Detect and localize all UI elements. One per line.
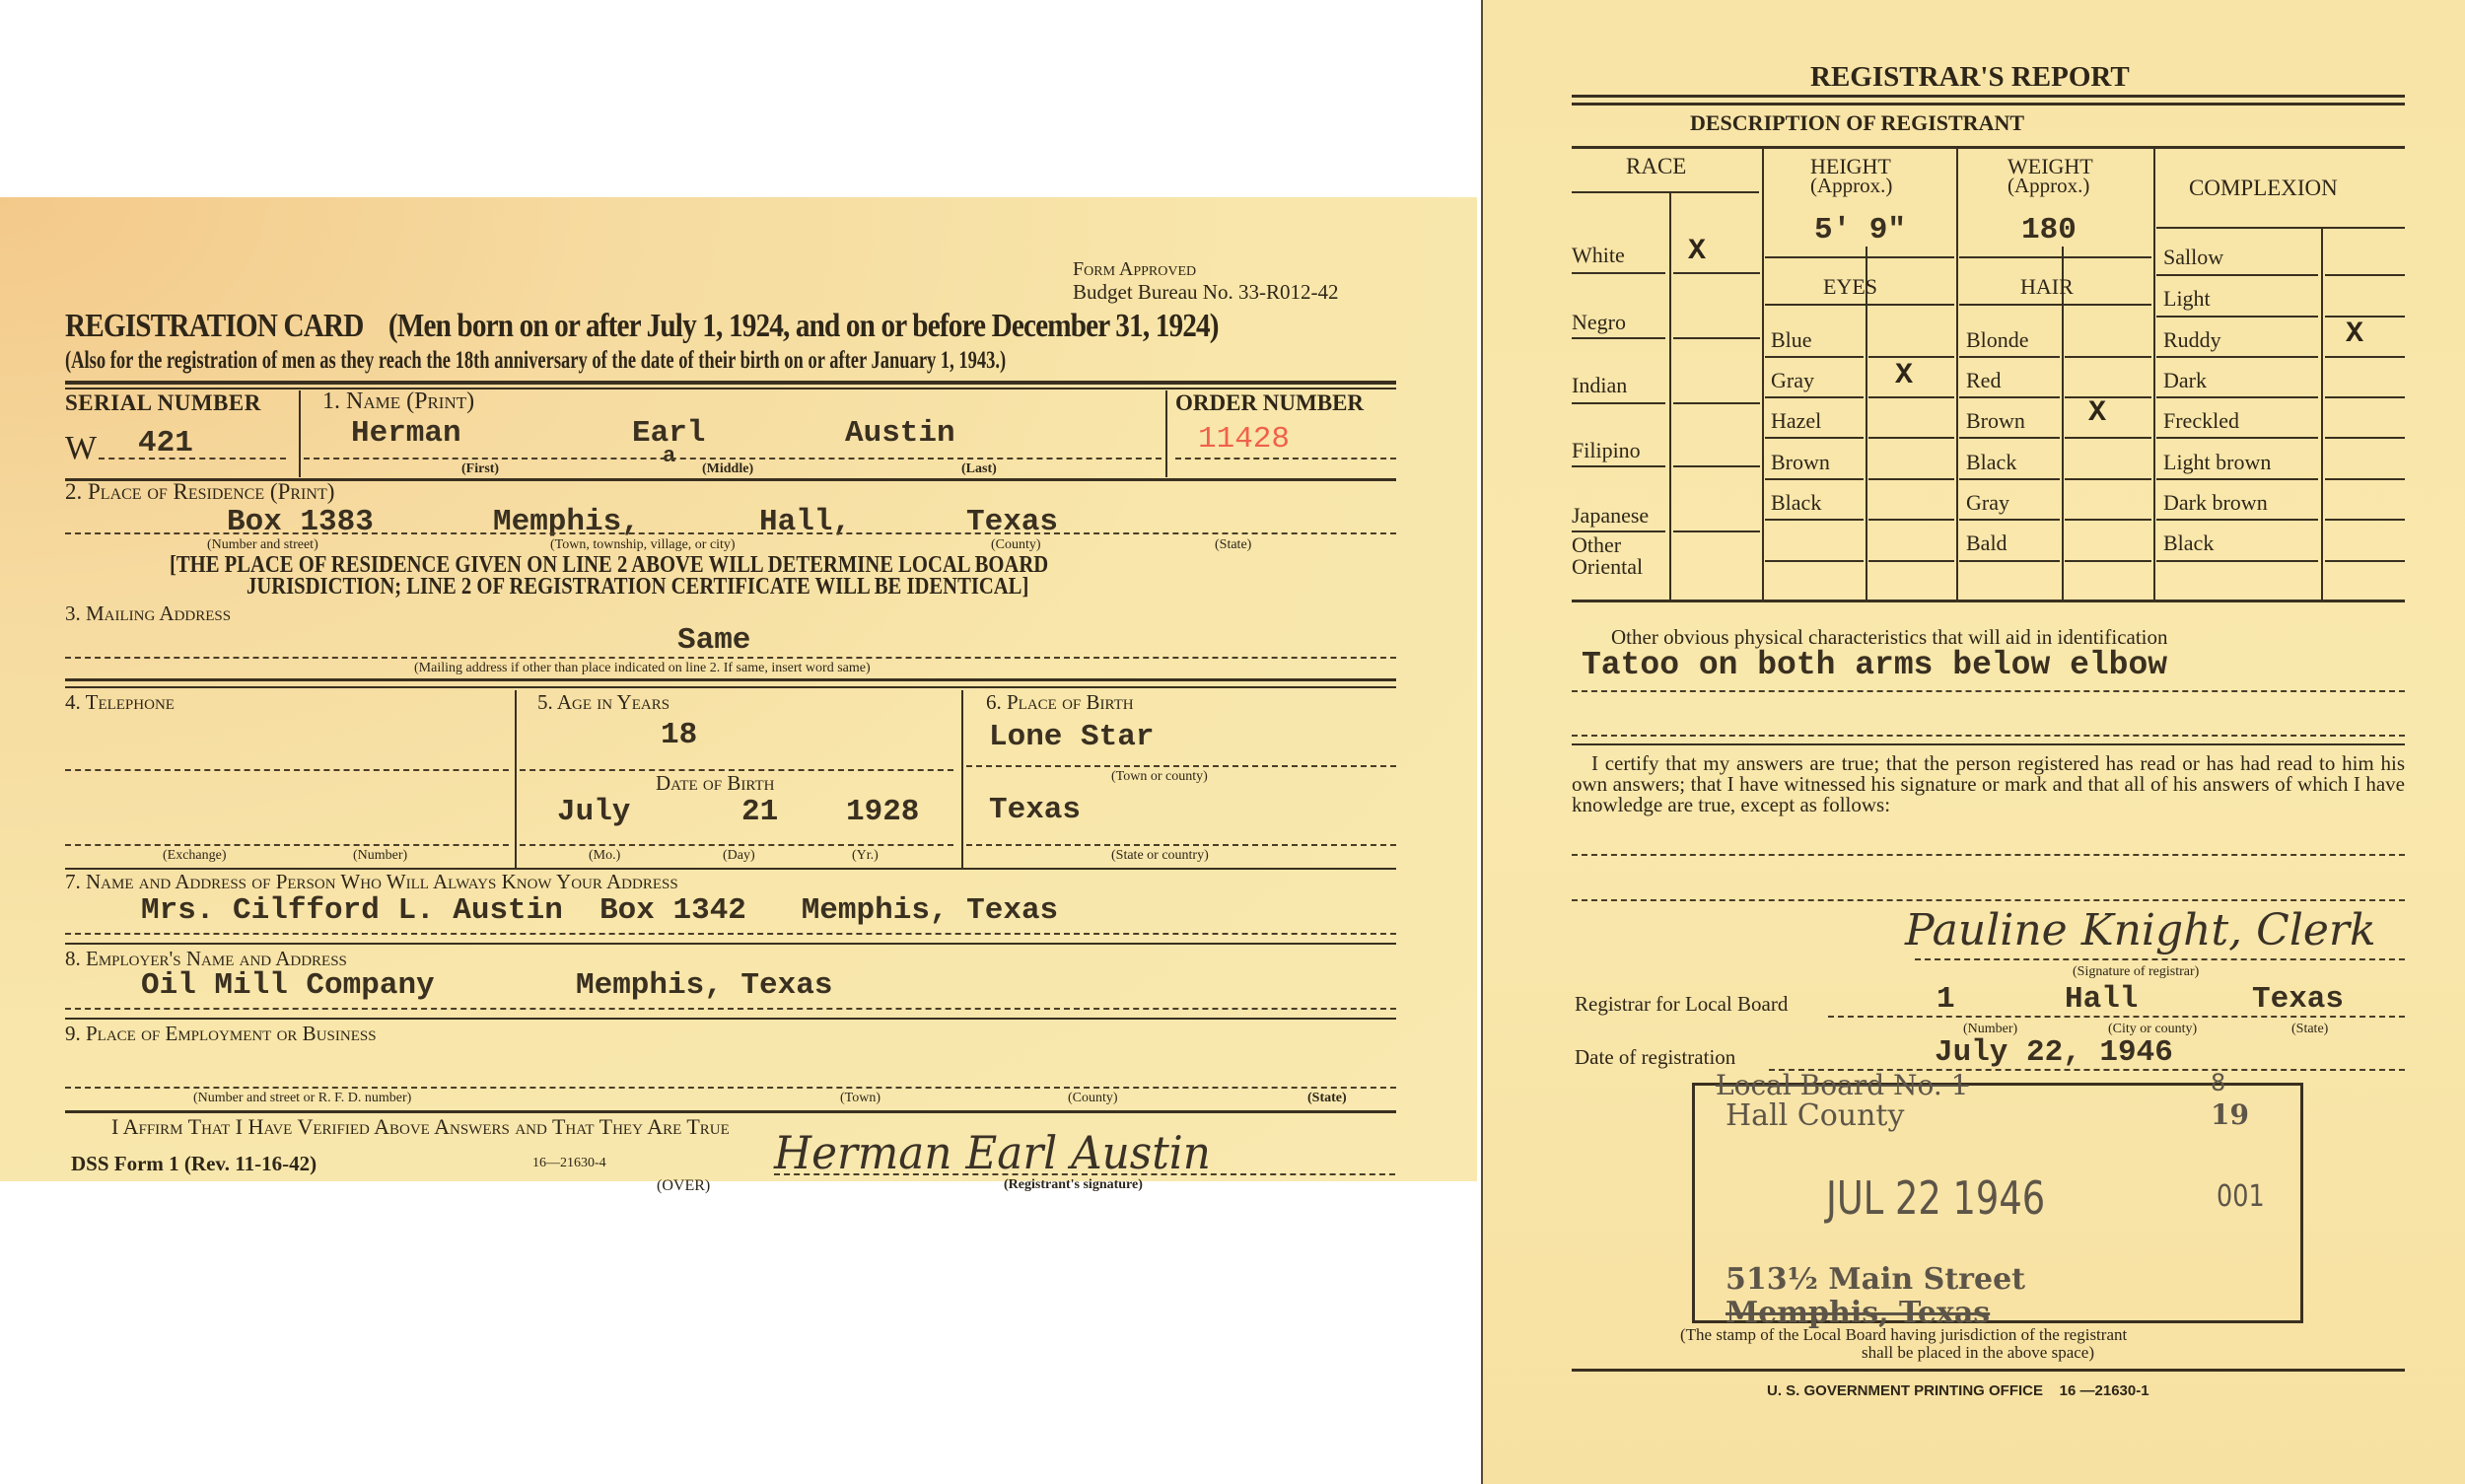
registration-card: Form Approved Budget Bureau No. 33-R012-… [0,197,1477,1181]
local-board-underline [1828,1016,2405,1018]
card-subtitle: (Also for the registration of men as the… [65,347,1006,375]
employment-town-caption: (Town) [840,1091,880,1106]
employer-name[interactable]: Oil Mill Company [141,968,435,1003]
divider [1673,530,1760,532]
stamp-county: Hall County [1725,1098,1904,1133]
divider [1572,191,1759,193]
telephone-underline [65,769,509,771]
serial-number-label: SERIAL NUMBER [65,390,261,416]
age-value[interactable]: 18 [661,718,697,752]
divider [2065,519,2151,521]
contact-value[interactable]: Mrs. Cilfford L. Austin Box 1342 Memphis… [141,893,1058,928]
divider [1572,600,2405,602]
serial-underline [99,458,286,459]
race-label: White [1572,243,1625,268]
divider [65,1018,1396,1020]
grid-line [2153,148,2155,601]
divider [1868,396,1954,398]
employment-street-caption: (Number and street or R. F. D. number) [193,1091,411,1106]
divider [2325,274,2405,276]
divider [1572,95,2405,98]
serial-number-value[interactable]: 421 [138,426,193,460]
race-label: Japanese [1572,503,1649,529]
divider [1765,478,1864,480]
registrant-signature[interactable]: Herman Earl Austin [774,1126,1211,1179]
employment-place-field[interactable] [65,1087,1396,1089]
telephone-underline [65,844,509,846]
column-divider [1165,390,1167,477]
divider [1959,304,2151,306]
stamp-board-number-right: 8 [2211,1069,2225,1096]
column-divider [299,390,301,477]
registrar-signature-caption: (Signature of registrar) [2073,964,2199,980]
eye-label: Black [1771,490,1821,516]
race-label: Filipino [1572,438,1641,463]
dss-form-id: DSS Form 1 (Rev. 11-16-42) [71,1152,317,1176]
eye-label: Hazel [1771,408,1821,434]
hair-label: Brown [1966,408,2025,434]
hair-label: Red [1966,368,2001,393]
divider [2325,356,2405,358]
divider [2065,560,2151,562]
divider [2065,356,2151,358]
certification-text: I certify that my answers are true; that… [1572,753,2405,815]
birthplace-underline [966,765,1396,767]
divider [65,388,1396,389]
divider [1673,465,1760,467]
divider [1572,743,2405,745]
registrar-signature[interactable]: Pauline Knight, Clerk [1905,905,2376,955]
order-underline [1175,458,1396,459]
birthplace-underline [966,844,1396,846]
hair-checkbox[interactable]: X [2088,396,2106,430]
grid-line [1762,148,1764,601]
complexion-label: Sallow [2163,245,2223,270]
birthplace-state-caption: (State or country) [1111,848,1209,864]
divider [1868,356,1954,358]
card-title-scope: (Men born on or after July 1, 1924, and … [388,308,1219,344]
divider [1765,519,1864,521]
complexion-label: Freckled [2163,408,2239,434]
year-caption: (Yr.) [852,848,879,864]
registrar-report-card: REGISTRAR'S REPORT DESCRIPTION OF REGIST… [1481,0,2465,1484]
complexion-label: Light brown [2163,450,2271,475]
stamp-address-street: 513½ Main Street [1725,1262,2025,1297]
eye-label: Brown [1771,450,1830,475]
dob-day[interactable]: 21 [741,795,778,829]
hair-label: Bald [1966,530,2007,556]
divider [2156,396,2318,398]
complexion-label: Dark brown [2163,490,2268,516]
birthplace-state[interactable]: Texas [989,793,1081,827]
serial-prefix: W [65,430,97,467]
hair-label: Black [1966,450,2016,475]
divider [2325,560,2405,562]
name-label: 1. Name (Print) [322,389,474,415]
divider [1765,396,1864,398]
race-label: Indian [1572,373,1627,398]
dob-label: Date of Birth [656,771,774,796]
divider [1959,396,2060,398]
divider [1572,103,2405,106]
month-caption: (Mo.) [589,848,620,864]
street-caption: (Number and street) [207,537,318,553]
employer-address[interactable]: Memphis, Texas [576,968,832,1003]
divider [65,1110,1396,1113]
column-divider [515,690,517,868]
divider [1868,560,1954,562]
divider [1868,519,1954,521]
affirmation-text: I Affirm That I Have Verified Above Answ… [111,1114,730,1140]
divider [1572,1369,2405,1372]
race-checkbox[interactable]: X [1688,235,1706,268]
first-name-value[interactable]: Herman [351,416,461,451]
residence-underline [65,532,1396,534]
employer-underline [65,1008,1396,1010]
divider [1959,560,2060,562]
divider [2156,478,2318,480]
last-name-value[interactable]: Austin [845,416,955,451]
divider [1572,337,1665,339]
divider [2325,478,2405,480]
report-title: REGISTRAR'S REPORT [1810,61,2130,94]
age-label: 5. Age in Years [537,690,669,715]
race-header: RACE [1626,154,1686,179]
divider [2325,519,2405,521]
divider [1959,356,2060,358]
birthplace-town[interactable]: Lone Star [989,720,1154,754]
hair-label: Blonde [1966,327,2029,353]
complexion-label: Dark [2163,368,2207,393]
divider [1765,437,1864,439]
divider [1673,402,1760,404]
divider [1572,402,1665,404]
divider [1765,560,1864,562]
employment-place-label: 9. Place of Employment or Business [65,1022,377,1046]
state-caption: (State) [2291,1022,2328,1037]
telephone-label: 4. Telephone [65,690,175,715]
date-of-registration-label: Date of registration [1575,1045,1735,1070]
race-label: Other Oriental [1572,534,1665,578]
grid-line [1866,247,1867,601]
middle-name-correction: a [663,444,675,468]
divider [2156,316,2318,318]
divider [2325,437,2405,439]
state-caption: (State) [1215,537,1251,553]
weight-value[interactable]: 180 [2021,213,2077,247]
exceptions-line [1572,854,2405,856]
complexion-checkbox[interactable]: X [2346,318,2363,351]
registrar-signature-line [1915,958,2405,960]
local-board-number[interactable]: 1 [1937,982,1955,1017]
divider [2156,560,2318,562]
divider [2065,437,2151,439]
mailing-value[interactable]: Same [677,623,750,658]
local-board-label: Registrar for Local Board [1575,992,1788,1017]
divider [2156,437,2318,439]
divider [65,943,1396,945]
grid-line [2321,229,2323,601]
description-grid: RACE HEIGHT (Approx.) 5' 9" WEIGHT (Appr… [1572,148,2405,601]
middle-caption: (Middle) [702,461,753,477]
stamp-county-right: 19 [2211,1098,2249,1131]
eye-label: Blue [1771,327,1812,353]
hair-label: Gray [1966,490,2009,516]
over-note: (OVER) [657,1177,710,1195]
contact-underline [65,933,1396,935]
eye-label: Gray [1771,368,1814,393]
dob-year[interactable]: 1928 [846,795,919,829]
eye-checkbox[interactable]: X [1895,359,1913,392]
column-divider [961,690,963,868]
divider [1572,272,1665,274]
exceptions-line [1572,899,2405,901]
stamp-code: 001 [2217,1179,2265,1214]
card-title: REGISTRATION CARD [65,308,363,344]
divider [1673,272,1760,274]
divider [1959,437,2060,439]
last-caption: (Last) [961,461,997,477]
stamp-caption-line1: (The stamp of the Local Board having jur… [1680,1325,2127,1345]
first-caption: (First) [461,461,499,477]
divider [65,686,1396,688]
date-of-registration-value[interactable]: July 22, 1946 [1935,1035,2173,1070]
order-number-label: ORDER NUMBER [1175,390,1364,416]
divider [65,381,1396,385]
order-number-value[interactable]: 11428 [1198,422,1290,457]
name-underline [304,458,1162,459]
signature-line [774,1173,1395,1175]
employment-state-caption: (State) [1307,1091,1347,1106]
divider [1959,519,2060,521]
complexion-label: Light [2163,286,2211,312]
form-approved: Form Approved [1073,258,1196,281]
report-subtitle: DESCRIPTION OF REGISTRANT [1690,110,2024,136]
grid-line [2062,247,2064,601]
divider [2325,396,2405,398]
divider [1959,256,2151,258]
divider [1868,478,1954,480]
height-value[interactable]: 5' 9" [1814,213,1906,247]
stamp-date: JUL 22 1946 [1826,1171,2045,1225]
eyes-header: EYES [1823,274,1877,300]
printing-office-footer: U. S. GOVERNMENT PRINTING OFFICE 16 —216… [1767,1382,2149,1399]
divider [2065,396,2151,398]
divider [1673,337,1760,339]
town-caption: (Town, township, village, or city) [550,537,736,553]
exchange-caption: (Exchange) [163,848,227,864]
characteristics-underline [1572,735,2405,737]
signature-caption: (Registrant's signature) [1004,1177,1143,1193]
birthplace-label: 6. Place of Birth [986,690,1134,715]
local-board-state[interactable]: Texas [2252,982,2344,1017]
divider [1868,437,1954,439]
weight-approx: (Approx.) [2007,174,2089,198]
divider [1959,478,2060,480]
divider [2065,478,2151,480]
stamp-caption-line2: shall be placed in the above space) [1862,1343,2094,1363]
grid-line [1669,192,1671,601]
residence-label: 2. Place of Residence (Print) [65,479,334,505]
height-approx: (Approx.) [1810,174,1892,198]
dob-month[interactable]: July [557,795,630,829]
complexion-label: Black [2163,530,2214,556]
divider [2156,274,2318,276]
budget-bureau-number: Budget Bureau No. 33-R012-42 [1073,280,1338,305]
divider [2156,227,2405,229]
stamp-board-number: Local Board No. 1 [1716,1069,1969,1101]
race-label: Negro [1572,310,1626,335]
jurisdiction-notice-line2: JURISDICTION; LINE 2 OF REGISTRATION CER… [246,574,1028,601]
divider [1765,256,1954,258]
other-characteristics-value[interactable]: Tatoo on both arms below elbow [1582,647,2167,683]
divider [1572,465,1665,467]
print-code: 16—21630-4 [532,1156,606,1171]
number-caption: (Number) [353,848,407,864]
divider [2156,356,2318,358]
employment-county-caption: (County) [1068,1091,1118,1106]
local-board-city[interactable]: Hall [2065,982,2138,1017]
mailing-underline [65,657,1396,659]
contact-label: 7. Name and Address of Person Who Will A… [65,870,678,894]
complexion-header: COMPLEXION [2189,176,2338,201]
hair-header: HAIR [2020,274,2074,300]
divider [65,678,1396,681]
dob-underline [520,844,953,846]
divider [1765,304,1954,306]
characteristics-underline [1572,690,2405,692]
grid-line [1956,148,1958,601]
county-caption: (County) [991,537,1041,553]
divider [2325,316,2405,318]
divider [1765,356,1864,358]
day-caption: (Day) [723,848,755,864]
birthplace-town-caption: (Town or county) [1111,769,1208,785]
mailing-caption: (Mailing address if other than place ind… [414,661,871,676]
divider [2156,519,2318,521]
mailing-label: 3. Mailing Address [65,601,231,626]
complexion-label: Ruddy [2163,327,2221,353]
